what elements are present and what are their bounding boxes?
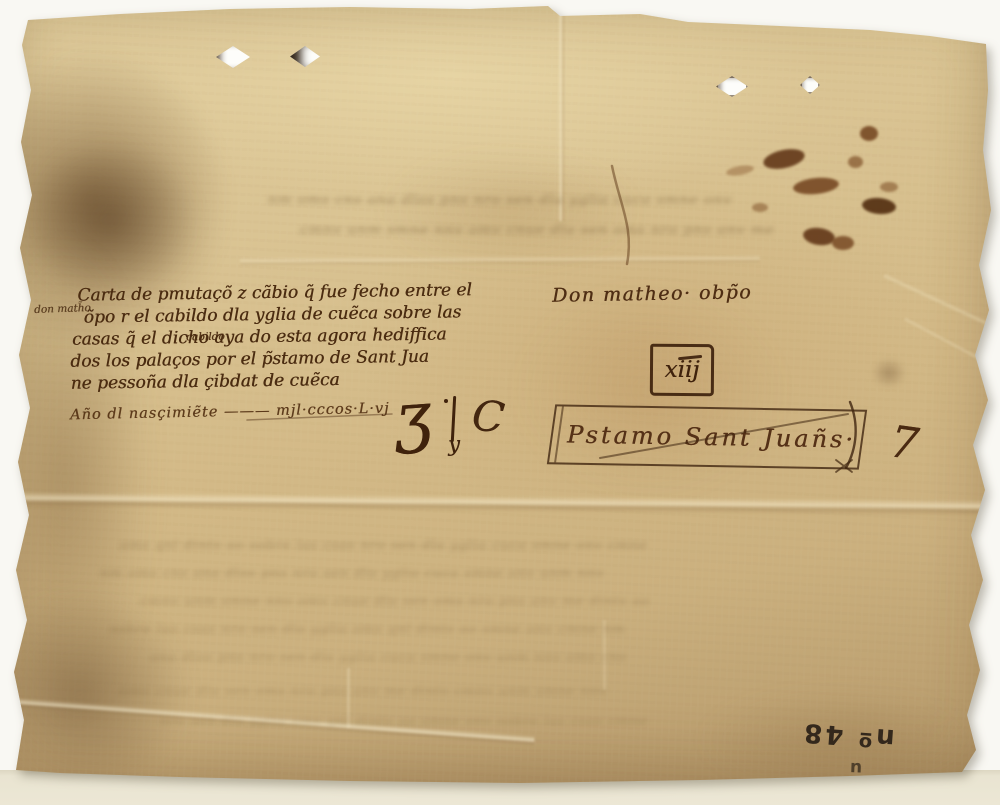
prestamo-cartouche: Pstamo Sant Juañs· <box>547 404 867 469</box>
ink-stain <box>725 164 754 178</box>
ink-stain <box>880 182 898 192</box>
bishop-note: Don matheo· obp̃o <box>552 281 752 306</box>
showthrough-text-line: cmnv unm smne nnv omv cnue dla sen oms n… <box>140 594 650 608</box>
flourish-seven-glyph: 7 <box>887 416 922 470</box>
notarial-rubric-glyph: ʒ <box>391 377 434 456</box>
punch-hole-icon <box>800 76 820 94</box>
ink-stain <box>752 203 768 212</box>
showthrough-text-line: nm oms cns ana dlos pns nro sen dla ygli… <box>268 192 732 207</box>
scan-background: nm oms cns ana dlos pns nro sen dla ygli… <box>0 0 1000 805</box>
ink-stain <box>792 176 839 197</box>
numeral-text: xiij <box>664 357 699 383</box>
water-stain <box>380 150 640 270</box>
crease-line <box>903 316 1000 372</box>
flourish-dot <box>444 399 448 403</box>
interlinear-note: cabildo <box>186 331 225 344</box>
cartouche-text: Pstamo Sant Juañs· <box>553 420 856 453</box>
crease-line <box>883 273 1000 333</box>
punch-hole-icon <box>290 46 320 67</box>
parchment: nm oms cns ana dlos pns nro sen dla ygli… <box>0 0 1000 805</box>
date-line: Año dl nasçimiẽte ——— mjl·cccos·L·vj <box>70 401 390 424</box>
crease-line <box>240 255 760 267</box>
parchment-wrapper: nm oms cns ana dlos pns nro sen dla ygli… <box>0 0 1000 805</box>
showthrough-text-line: oms qnl dints ao sobre las csas nro sen … <box>120 538 648 552</box>
faint-smudge <box>872 358 906 388</box>
ink-stain <box>832 236 854 250</box>
marginal-note: don math̃o <box>34 302 91 316</box>
showthrough-text-line: ana dlos pns nro sen dla yglia cuca smne… <box>150 650 627 664</box>
showthrough-text-line: nro sen dla yglia oms qnl dints ao smne … <box>160 714 648 728</box>
showthrough-text-line: nm oms cns ana dlos pns nro sen dla ygli… <box>100 566 605 580</box>
numeral-box: xiij <box>650 344 714 396</box>
punch-hole-icon <box>216 46 250 68</box>
water-stain <box>20 140 200 300</box>
flourish-c-glyph: C <box>470 390 507 442</box>
ink-stain <box>802 226 836 247</box>
ink-stain <box>860 126 878 141</box>
crease-line <box>558 6 565 221</box>
punch-hole-icon <box>716 76 748 97</box>
fold-crease <box>0 492 1000 517</box>
showthrough-text-line: cmnv unm smne nnv omv cnue dla sen oms n… <box>300 222 775 237</box>
showthrough-text-line: sobre las csas nro sen dla yglia oms qnl… <box>110 622 626 636</box>
showthrough-text-line: omv cnue dla sen oms nro pns anv me dint… <box>120 684 607 698</box>
ink-stain <box>848 156 863 168</box>
ink-stain <box>861 197 896 216</box>
ink-stain <box>762 146 807 172</box>
dark-crease-stroke <box>612 166 629 264</box>
edge-ink-mark: u <box>850 758 863 778</box>
flourish-y-glyph: y <box>448 432 461 456</box>
archival-number: nº 48 <box>781 706 914 765</box>
